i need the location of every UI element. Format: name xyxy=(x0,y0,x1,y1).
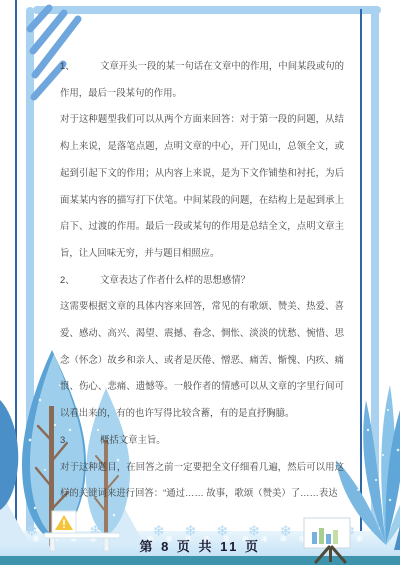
item-text: 文章开头一段的某一句话在文章中的作用，中间某段或句的作用，最后一段某句的作用。 xyxy=(60,60,344,98)
item-number: 1、 xyxy=(60,53,100,80)
item-text: 概括文章主旨。 xyxy=(100,434,166,445)
paragraph-item-2: 2、文章表达了作者什么样的思想感情？ xyxy=(60,267,344,294)
item-text: 文章表达了作者什么样的思想感情？ xyxy=(100,274,250,285)
item-text: 这需要根据文章的具体内容来回答，常见的有歌颂、赞美、热爱、喜爱、感动、高兴、渴望… xyxy=(60,300,344,418)
page-number: 第 8 页 共 11 页 xyxy=(0,536,400,555)
document-page: ❄ ❄ ❄ ❄ ❄ ❄ ❄ ❄ ❄ ❄ ❄ ❄ ❄ ❄ ❄ ❄ ❄ ❄ ❄ ❄ … xyxy=(0,0,400,565)
paragraph-answer-2: 这需要根据文章的具体内容来回答，常见的有歌颂、赞美、热爱、喜爱、感动、高兴、渴望… xyxy=(60,293,344,427)
paragraph-item-3: 3、概括文章主旨。 xyxy=(60,427,344,454)
item-text: 对于这种题型我们可以从两个方面来回答：对于第一段的问题，从结构上来说，是落笔点题… xyxy=(60,113,344,258)
paragraph-answer-1: 对于这种题型我们可以从两个方面来回答：对于第一段的问题，从结构上来说，是落笔点题… xyxy=(60,106,344,266)
paragraph-answer-3: 对于这种题目，在回答之前一定要把全文仔细看几遍，然后可以用这样的关键词来进行回答… xyxy=(60,454,344,507)
item-number: 3、 xyxy=(60,427,100,454)
document-body: 1、文章开头一段的某一句话在文章中的作用，中间某段或句的作用，最后一段某句的作用… xyxy=(60,53,344,507)
item-text: 对于这种题目，在回答之前一定要把全文仔细看几遍，然后可以用这样的关键词来进行回答… xyxy=(60,461,344,499)
paragraph-item-1: 1、文章开头一段的某一句话在文章中的作用，中间某段或句的作用，最后一段某句的作用… xyxy=(60,53,344,106)
item-number: 2、 xyxy=(60,267,100,294)
